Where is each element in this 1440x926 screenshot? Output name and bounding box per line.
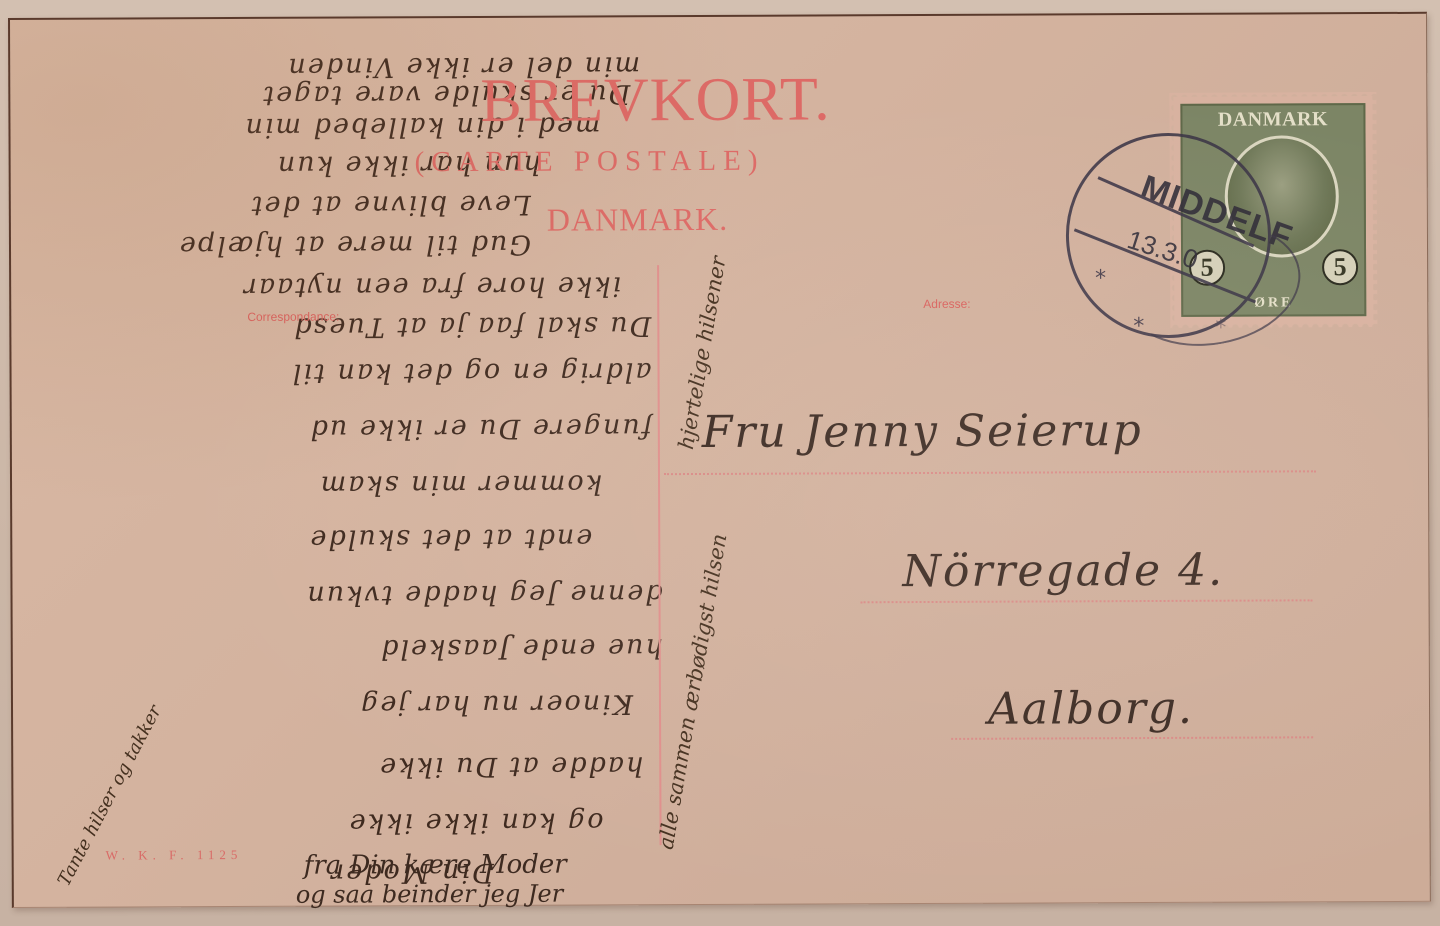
postcard-subtitle: (CARTE POSTALE) [415,145,765,180]
address-line-1 [664,470,1316,475]
message-line: endt at det skulde [308,522,592,554]
address-street: Nörregade 4. [902,545,1224,597]
correspondence-label: Correspondance: [247,310,339,324]
message-line: Du skal faa ja at Tuesd [292,310,651,343]
side-note-vertical: alle sammen ærbødigst hilsen [654,532,732,851]
message-line: og kan ikke ikke [348,806,604,838]
address-recipient: Fru Jenny Seierup [702,405,1143,458]
message-line: denne Jeg hadde tvkun [305,578,662,611]
postcard-country: DANMARK. [547,201,729,239]
message-line: fungere Du er ikke ud [309,412,652,444]
postmark-star-icon: * [1095,266,1106,291]
address-line-2 [861,599,1313,603]
stamp-value-right: 5 [1322,249,1358,285]
signature-line-2: og saa beinder jeg Jer [296,880,563,909]
message-line: Gud til mere at hjælpe [178,229,531,262]
message-line: aldrig en og det kan til [291,356,652,389]
postcard: min del er ikke Vinden Du er skulde vare… [8,12,1431,908]
message-line: kommer min skam [319,468,603,500]
address-label: Adresse: [923,297,970,311]
stamp-country: DANMARK [1188,108,1357,132]
message-line: ikke hore fra een nytaar [242,270,621,303]
printer-mark: W. K. F. 1125 [106,847,243,864]
message-line: Leve blivne at det [250,189,531,221]
signature-line-1: fra Din kære Moder [304,850,567,881]
postcard-title: BREVKORT. [480,64,831,137]
message-line: hue ende Jaaskeld [379,632,663,664]
address-city: Aalborg. [988,683,1194,735]
message-line: hadde at Du ikke [378,750,643,782]
message-line: Kinoer nu har jeg [359,688,633,720]
address-line-3 [951,736,1313,740]
